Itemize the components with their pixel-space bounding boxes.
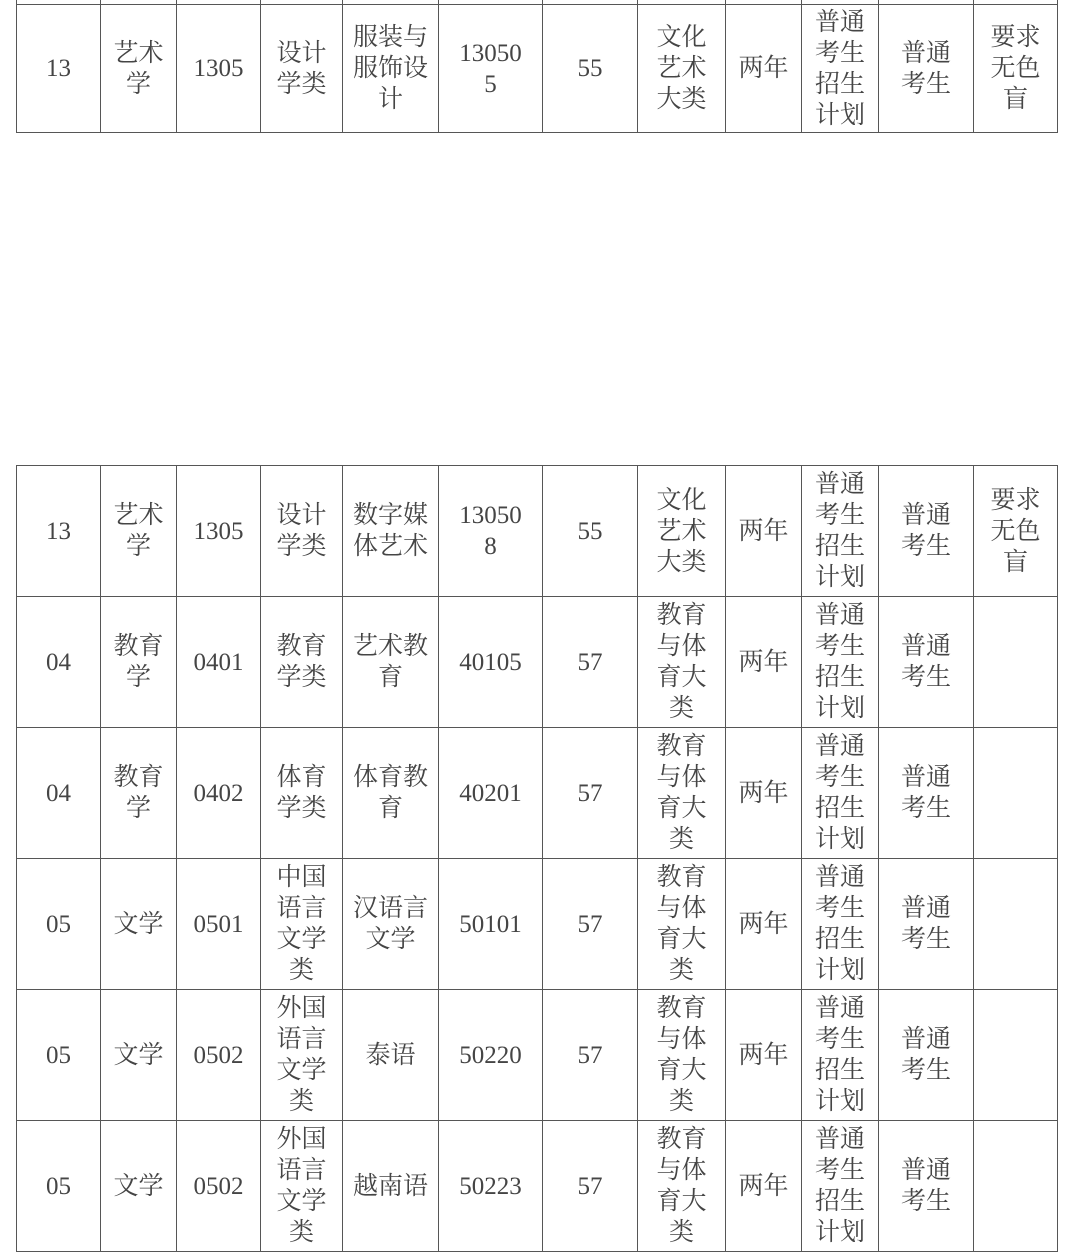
table-row: 13艺术学1305设计学类服装与服饰设计13050555文化艺术大类两年普通考生… <box>17 5 1058 133</box>
table-cell: 130505 <box>439 5 543 133</box>
table-cell: 数字媒体艺术 <box>343 466 439 597</box>
table-cell <box>974 597 1058 728</box>
table-cell: 50223 <box>439 1121 543 1252</box>
table-cell: 泰语 <box>343 990 439 1121</box>
table-cell: 艺术学 <box>101 5 177 133</box>
table-cell: 体育教育 <box>343 728 439 859</box>
table-cell: 两年 <box>726 859 802 990</box>
table-cell: 0401 <box>177 597 261 728</box>
table-cell: 普通考生招生计划 <box>802 990 879 1121</box>
table-cell: 40201 <box>439 728 543 859</box>
table-cell: 05 <box>17 859 101 990</box>
table-cell: 13 <box>17 5 101 133</box>
table-cell: 教育与体育大类 <box>638 1121 726 1252</box>
table-cell: 50101 <box>439 859 543 990</box>
table-cell: 外国语言文学类 <box>261 1121 343 1252</box>
table-cell <box>974 990 1058 1121</box>
table-cell: 服装与服饰设计 <box>343 5 439 133</box>
table-cell: 57 <box>543 1121 638 1252</box>
table-cell: 文学 <box>101 859 177 990</box>
table-cell: 要求无色盲 <box>974 5 1058 133</box>
table-cell: 普通考生 <box>879 728 974 859</box>
table-cell <box>974 1121 1058 1252</box>
table-cell: 中国语言文学类 <box>261 859 343 990</box>
document-page: 13艺术学1305设计学类服装与服饰设计13050555文化艺术大类两年普通考生… <box>0 0 1083 1255</box>
table-cell: 普通考生招生计划 <box>802 728 879 859</box>
table-cell: 普通考生 <box>879 990 974 1121</box>
table-cell: 文化艺术大类 <box>638 5 726 133</box>
table-cell: 教育与体育大类 <box>638 990 726 1121</box>
table-row: 05文学0501中国语言文学类汉语言文学5010157教育与体育大类两年普通考生… <box>17 859 1058 990</box>
table-cell: 130508 <box>439 466 543 597</box>
table-cell: 普通考生招生计划 <box>802 1121 879 1252</box>
table-cell: 57 <box>543 728 638 859</box>
table-cell: 两年 <box>726 466 802 597</box>
table-cell: 教育与体育大类 <box>638 728 726 859</box>
table-cell: 艺术教育 <box>343 597 439 728</box>
table-cell: 教育与体育大类 <box>638 859 726 990</box>
table-cell: 50220 <box>439 990 543 1121</box>
table-cell: 13 <box>17 466 101 597</box>
table-cell: 教育学类 <box>261 597 343 728</box>
table-cell: 0502 <box>177 1121 261 1252</box>
table-cell: 教育学 <box>101 597 177 728</box>
table-cell: 57 <box>543 597 638 728</box>
table-cell: 55 <box>543 466 638 597</box>
table-cell: 设计学类 <box>261 5 343 133</box>
table-cell: 1305 <box>177 5 261 133</box>
table-cell: 文化艺术大类 <box>638 466 726 597</box>
admission-plan-table-top-partial: 13艺术学1305设计学类服装与服饰设计13050555文化艺术大类两年普通考生… <box>16 0 1058 133</box>
table-cell: 1305 <box>177 466 261 597</box>
table-cell: 普通考生 <box>879 597 974 728</box>
table-cell: 越南语 <box>343 1121 439 1252</box>
table-cell: 普通考生 <box>879 5 974 133</box>
table-cell: 汉语言文学 <box>343 859 439 990</box>
table-cell: 普通考生 <box>879 859 974 990</box>
table-cell: 要求无色盲 <box>974 466 1058 597</box>
table-row: 04教育学0402体育学类体育教育4020157教育与体育大类两年普通考生招生计… <box>17 728 1058 859</box>
table-cell <box>974 728 1058 859</box>
table-cell <box>974 859 1058 990</box>
table-cell: 两年 <box>726 990 802 1121</box>
table-cell: 普通考生招生计划 <box>802 466 879 597</box>
table-cell: 外国语言文学类 <box>261 990 343 1121</box>
table-cell: 设计学类 <box>261 466 343 597</box>
table-cell: 57 <box>543 990 638 1121</box>
table-cell: 04 <box>17 597 101 728</box>
table-cell: 40105 <box>439 597 543 728</box>
table-cell: 0501 <box>177 859 261 990</box>
table-cell: 两年 <box>726 597 802 728</box>
table-cell: 两年 <box>726 1121 802 1252</box>
table-cell: 普通考生招生计划 <box>802 597 879 728</box>
table-cell: 文学 <box>101 1121 177 1252</box>
table-cell: 57 <box>543 859 638 990</box>
table-row: 04教育学0401教育学类艺术教育4010557教育与体育大类两年普通考生招生计… <box>17 597 1058 728</box>
table-row: 05文学0502外国语言文学类泰语5022057教育与体育大类两年普通考生招生计… <box>17 990 1058 1121</box>
table-cell: 教育学 <box>101 728 177 859</box>
table-cell: 教育与体育大类 <box>638 597 726 728</box>
table-cell: 普通考生招生计划 <box>802 859 879 990</box>
table-cell: 0502 <box>177 990 261 1121</box>
table-cell: 文学 <box>101 990 177 1121</box>
table-cell: 05 <box>17 990 101 1121</box>
table-row: 05文学0502外国语言文学类越南语5022357教育与体育大类两年普通考生招生… <box>17 1121 1058 1252</box>
table-cell: 艺术学 <box>101 466 177 597</box>
table-cell: 体育学类 <box>261 728 343 859</box>
table-cell: 两年 <box>726 5 802 133</box>
table-cell: 普通考生 <box>879 1121 974 1252</box>
table-cell: 0402 <box>177 728 261 859</box>
table-cell: 55 <box>543 5 638 133</box>
table-cell: 两年 <box>726 728 802 859</box>
table-row: 13艺术学1305设计学类数字媒体艺术13050855文化艺术大类两年普通考生招… <box>17 466 1058 597</box>
table-cell: 普通考生 <box>879 466 974 597</box>
table-cell: 04 <box>17 728 101 859</box>
table-cell: 普通考生招生计划 <box>802 5 879 133</box>
table-cell: 05 <box>17 1121 101 1252</box>
admission-plan-table-bottom: 13艺术学1305设计学类数字媒体艺术13050855文化艺术大类两年普通考生招… <box>16 465 1058 1252</box>
